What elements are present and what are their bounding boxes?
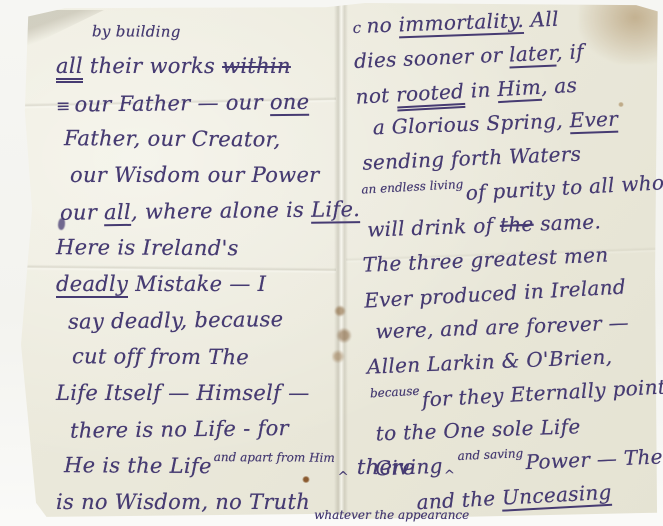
handwriting-line: Life Itself — Himself — — [56, 375, 348, 411]
handwriting-word: and the — [416, 486, 503, 515]
handwriting-word: Him — [497, 75, 542, 103]
handwriting-word: , if — [556, 39, 585, 64]
handwriting-word: All — [523, 7, 559, 32]
handwriting-word: c — [352, 19, 366, 37]
handwriting-word: Life. — [311, 198, 360, 225]
handwriting-line: our Wisdom our Power — [70, 157, 348, 193]
handwriting-word: He is the Life — [64, 453, 212, 478]
handwriting-word: no — [366, 12, 399, 37]
handwriting-word: and apart from Him — [214, 450, 335, 465]
handwriting-word: deadly — [56, 272, 128, 298]
handwriting-word: sending forth Waters — [362, 142, 582, 175]
handwriting-line: all their works within — [56, 48, 348, 84]
handwriting-word: our Wisdom our Power — [70, 163, 320, 187]
handwriting-word: ≡ — [56, 96, 71, 116]
handwriting-word: in — [463, 77, 497, 103]
handwriting-word: , where alone is — [131, 198, 311, 224]
handwriting-word: an endless living — [361, 177, 464, 196]
handwriting-line: Father, our Creator, — [64, 120, 348, 158]
handwriting-word: all — [56, 54, 83, 83]
handwriting-word: because — [370, 384, 420, 401]
handwriting-line: cut off from The — [72, 338, 348, 376]
handwriting-line: He is the Lifeand apart from Him^ there — [64, 447, 348, 485]
handwriting-word: say deadly, because — [68, 307, 284, 334]
handwriting-word: dies sooner or — [354, 42, 510, 72]
handwriting-word: is no Wisdom, no Truth — [56, 490, 310, 514]
handwriting-word: later — [509, 40, 557, 68]
handwriting-word: ^ — [338, 469, 349, 484]
handwriting-word: by building — [92, 22, 181, 41]
handwriting-word: , as — [540, 73, 577, 99]
handwriting-line: Here is Ireland's — [56, 229, 348, 267]
handwriting-word: will drink of — [367, 213, 501, 242]
handwriting-word: within — [222, 54, 291, 78]
handwriting-word: Power — The — [525, 444, 663, 474]
handwriting-word: Unceasing — [501, 480, 612, 512]
handwriting-word: and saving — [457, 446, 523, 463]
handwriting-line: say deadly, because — [68, 301, 348, 341]
handwriting-word: our Father — our — [74, 90, 270, 116]
handwriting-word: immortality. — [398, 8, 524, 38]
handwriting-word: cut off from The — [72, 344, 249, 369]
handwriting-line: by building — [92, 11, 348, 49]
handwriting-word: one — [270, 89, 310, 115]
handwriting-word: there is no Life - for — [70, 416, 289, 443]
handwriting-word: Giving — [375, 454, 444, 481]
handwriting-line: ≡our Father — our one — [56, 83, 348, 123]
handwriting-line: is no Wisdom, no Truthwhatever the appea… — [56, 484, 348, 520]
handwriting-line: there is no Life - for — [70, 410, 348, 450]
handwriting-word: ^ — [444, 468, 456, 483]
handwriting-word: their works — [83, 54, 222, 78]
handwriting-word: Ever — [569, 107, 618, 135]
handwriting-word: of purity to all who — [465, 170, 663, 205]
handwriting-word: Mistake — I — [128, 272, 266, 296]
handwriting-word: all — [104, 200, 131, 226]
handwriting-word: the — [499, 212, 533, 237]
handwriting-word: were, and are forever — — [375, 310, 629, 343]
handwriting-line: deadly Mistake — I — [56, 266, 348, 302]
handwriting-word: Here is Ireland's — [56, 235, 239, 260]
handwriting-word: same. — [533, 209, 601, 235]
letter-page-left: by buildingall their works within≡our Fa… — [56, 12, 348, 520]
letter-page-right: c no immortality. Alldies sooner or late… — [352, 0, 663, 520]
handwriting-word: Life Itself — Himself — — [56, 381, 310, 405]
handwriting-word: our — [60, 201, 104, 226]
handwriting-word: a Glorious Spring, — [373, 108, 570, 139]
handwriting-word: Father, our Creator, — [64, 126, 281, 151]
handwriting-word: for they Eternally point — [421, 374, 663, 411]
handwriting-word: not — [355, 83, 397, 109]
handwriting-line: our all, where alone is Life. — [60, 192, 348, 232]
handwriting-word: to the One sole Life — [375, 414, 581, 445]
